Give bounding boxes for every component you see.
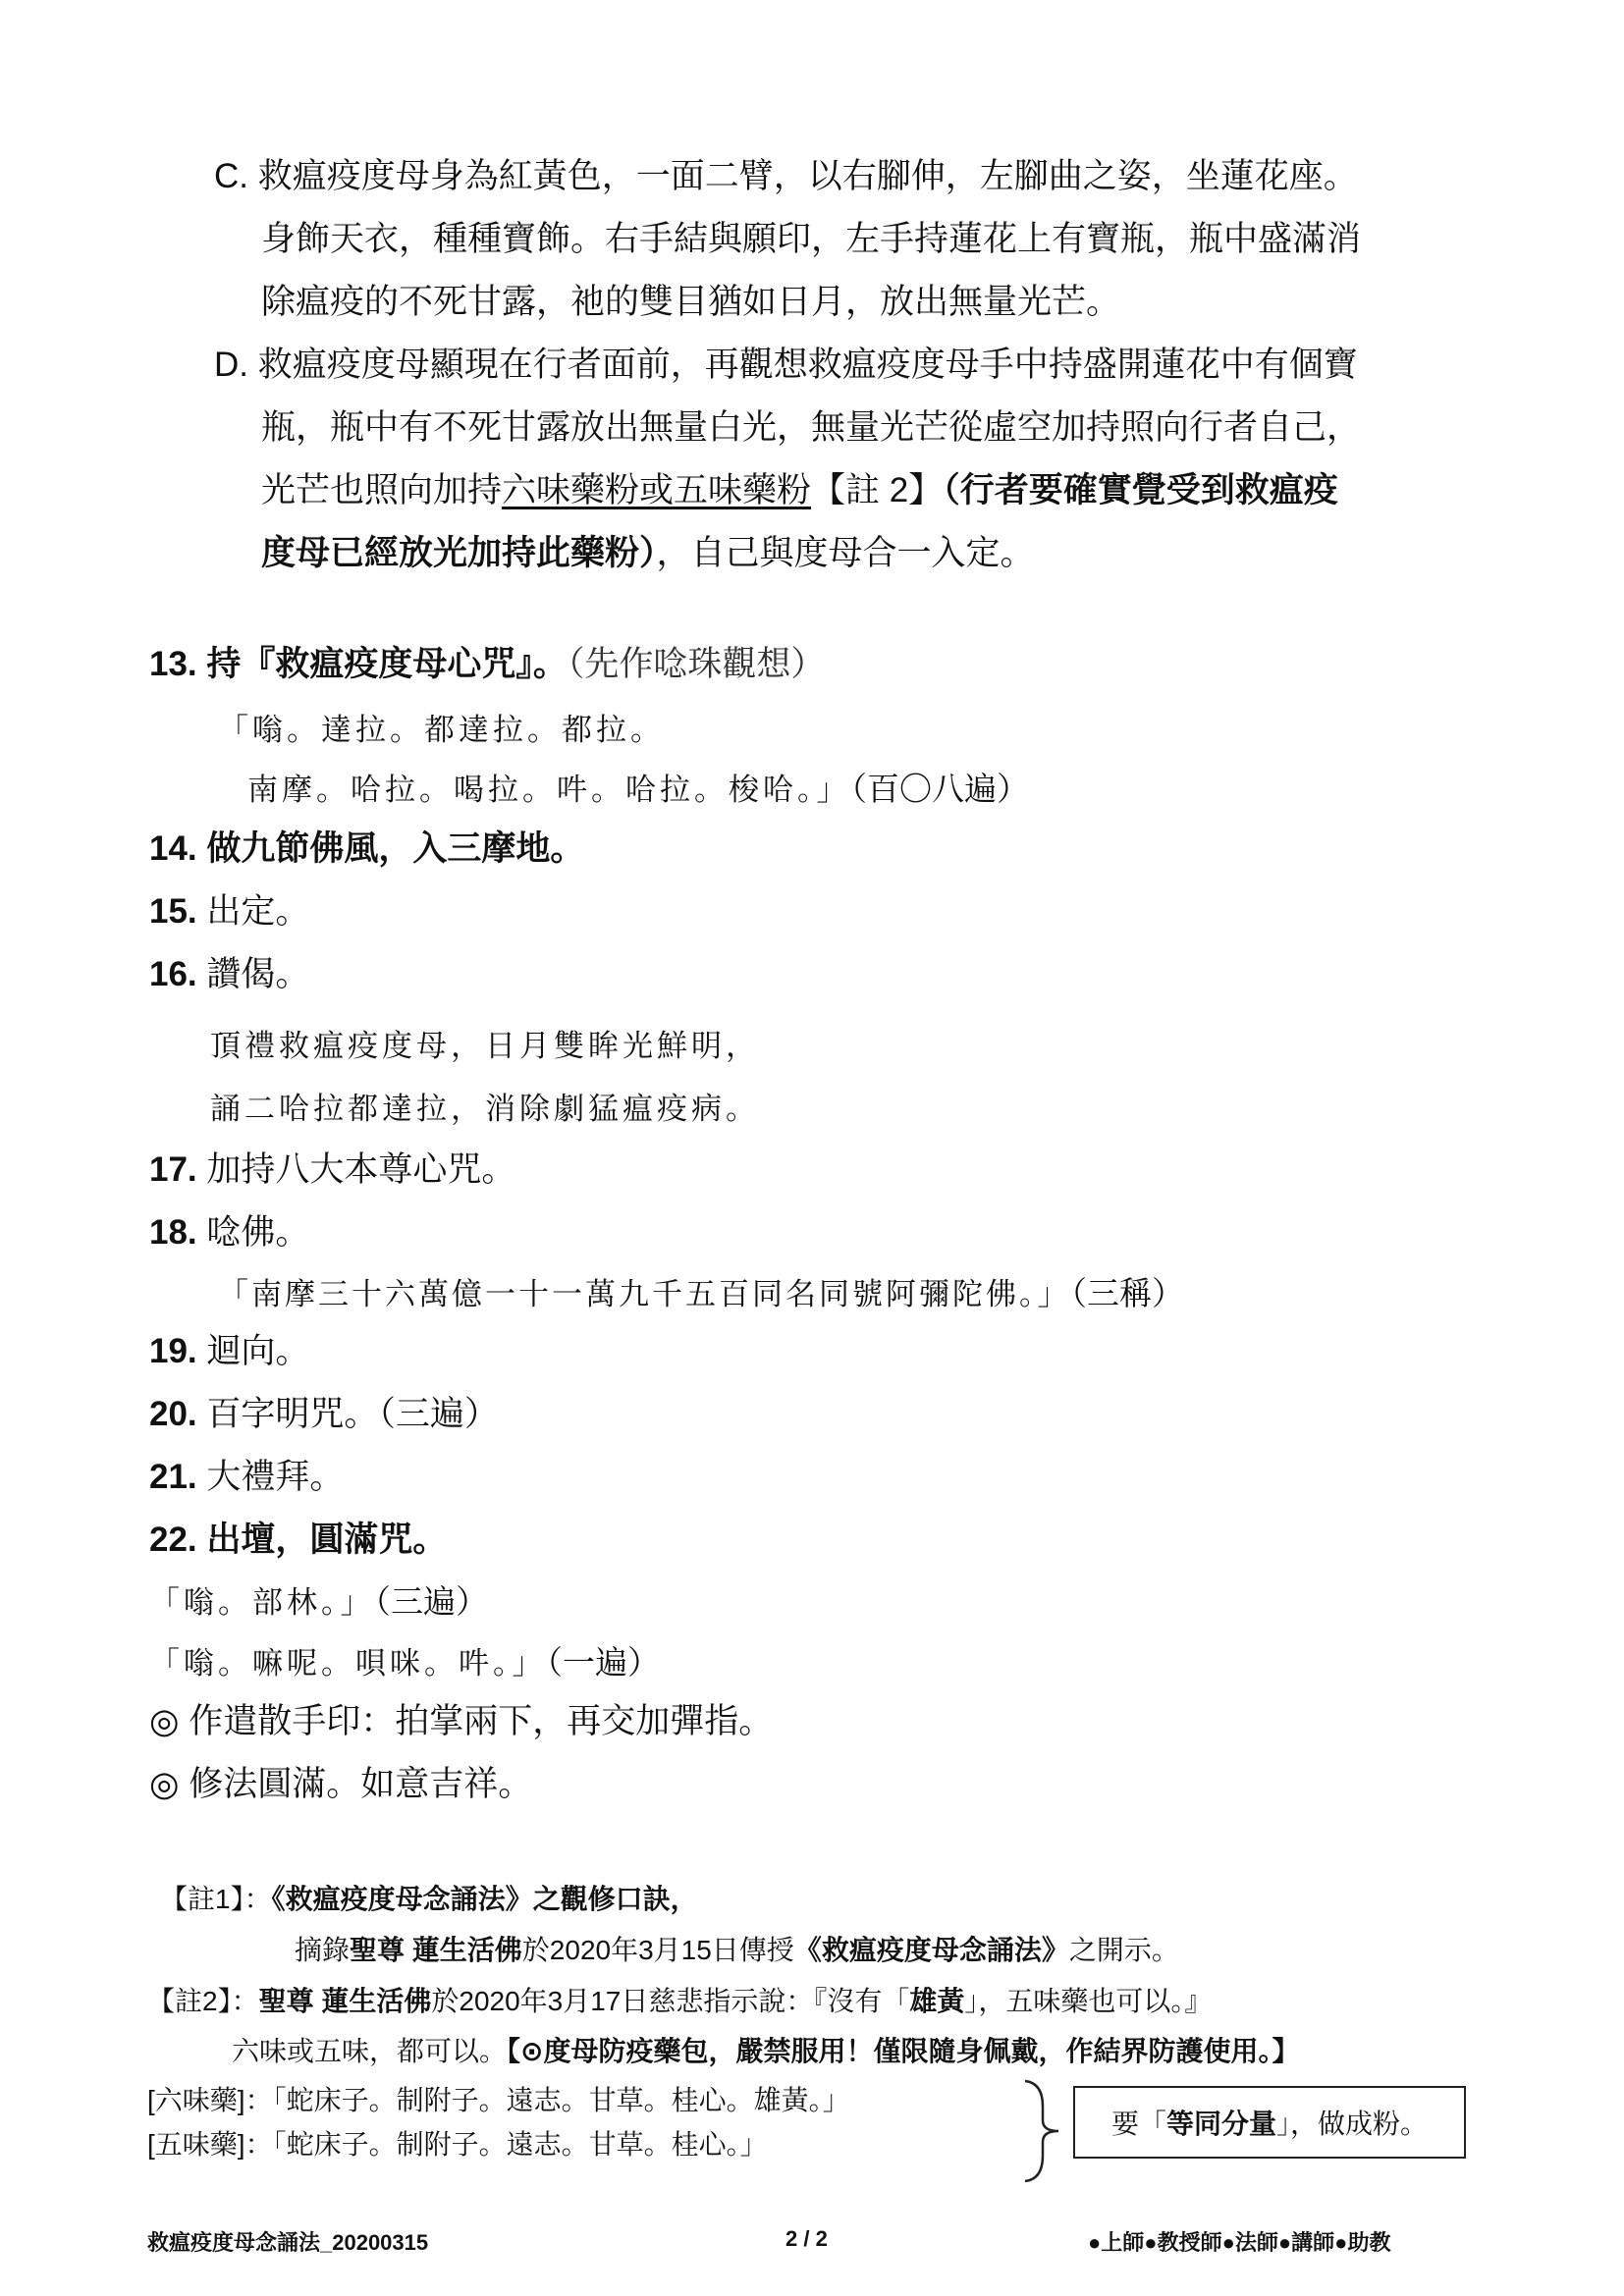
step-16: 16. 讚偈。 xyxy=(149,943,309,1006)
footer-roles: ●上師●教授師●法師●講師●助教 xyxy=(1088,2226,1390,2257)
closing-mantra-2: 「嗡。嘛呢。唄咪。吽。」（一遍） xyxy=(149,1637,660,1683)
final-item-1: ◎ 作遣散手印：拍掌兩下，再交加彈指。 xyxy=(149,1690,773,1753)
step-19: 19. 迴向。 xyxy=(149,1320,309,1383)
step-22: 22. 出壇，圓滿咒。 xyxy=(149,1509,447,1572)
note-2-line-1: 【註2】：聖尊 蓮生活佛於2020年3月17日慈悲指示說：『沒有「雄黃」，五味藥… xyxy=(147,1980,1212,2019)
buddha-18-line: 「南摩三十六萬億一十一萬九千五百同名同號阿彌陀佛。」（三稱） xyxy=(218,1268,1184,1314)
note-2-label: 【註2】 xyxy=(147,1986,232,2016)
section-c-line-2: 身飾天衣，種種寶飾。右手結與願印，左手持蓮花上有寶瓶，瓶中盛滿消 xyxy=(261,208,1361,271)
footer-doc-title: 救瘟疫度母念誦法_20200315 xyxy=(147,2226,428,2257)
equal-quantity-box: 要「等同分量」，做成粉。 xyxy=(1073,2086,1466,2159)
note-2-line-2: 六味或五味，都可以。【⊙度母防疫藥包，嚴禁服用！僅限隨身佩戴，作結界防護使用。】 xyxy=(232,2030,1299,2069)
six-herb-formula: [六味藥]：「蛇床子。制附子。遠志。甘草。桂心。雄黃。」 xyxy=(147,2079,850,2118)
double-circle-icon: ◎ xyxy=(149,1702,180,1740)
step-20: 20. 百字明咒。（三遍） xyxy=(149,1383,499,1446)
section-d-line-2: 瓶，瓶中有不死甘露放出無量白光，無量光芒從虛空加持照向行者自己， xyxy=(261,397,1361,459)
step-14: 14. 做九節佛風，入三摩地。 xyxy=(149,818,584,881)
section-d-marker: D. xyxy=(214,346,248,384)
verse-16-line-2: 誦二哈拉都達拉，消除劇猛瘟疫病。 xyxy=(210,1084,760,1128)
right-brace-icon xyxy=(1021,2077,1070,2185)
double-circle-icon: ◎ xyxy=(149,1765,180,1803)
final-item-2: ◎ 修法圓滿。如意吉祥。 xyxy=(149,1753,532,1816)
note-2-ref: 【註 2】 xyxy=(811,471,943,509)
medicine-powder-underlined: 六味藥粉或五味藥粉 xyxy=(502,471,811,509)
document-page: C. 救瘟疫度母身為紅黃色，一面二臂，以右腳伸，左腳曲之姿，坐蓮花座。 身飾天衣… xyxy=(0,0,1624,2296)
warning-text: 【⊙度母防疫藥包，嚴禁服用！僅限隨身佩戴，作結界防護使用。】 xyxy=(507,2036,1299,2066)
section-d-line-4: 度母已經放光加持此藥粉），自己與度母合一入定。 xyxy=(261,522,1035,585)
step-13: 13. 持『救瘟疫度母心咒』。（先作唸珠觀想） xyxy=(149,633,825,696)
mantra-13-line-1: 「嗡。達拉。都達拉。都拉。 xyxy=(218,705,665,749)
section-c-line-1: C. 救瘟疫度母身為紅黃色，一面二臂，以右腳伸，左腳曲之姿，坐蓮花座。 xyxy=(214,145,1358,208)
mantra-13-line-2: 南摩。哈拉。喝拉。吽。哈拉。梭哈。」（百〇八遍） xyxy=(247,764,1029,810)
step-21: 21. 大禮拜。 xyxy=(149,1446,344,1509)
section-d-line-1: D. 救瘟疫度母顯現在行者面前，再觀想救瘟疫度母手中持盛開蓮花中有個寶 xyxy=(214,334,1358,397)
step-15: 15. 出定。 xyxy=(149,881,309,943)
section-c-marker: C. xyxy=(214,157,248,195)
footer-page-number: 2 / 2 xyxy=(785,2226,828,2252)
note-1-line-2: 摘錄聖尊 蓮生活佛於2020年3月15日傳授《救瘟疫度母念誦法》之開示。 xyxy=(295,1929,1179,1968)
section-c-line-3: 除瘟疫的不死甘露，祂的雙目猶如日月，放出無量光芒。 xyxy=(261,271,1120,334)
closing-mantra-1: 「嗡。部林。」（三遍） xyxy=(149,1576,488,1623)
step-18: 18. 唸佛。 xyxy=(149,1201,309,1264)
step-17: 17. 加持八大本尊心咒。 xyxy=(149,1139,515,1201)
note-1-line-1: 【註1】：《救瘟疫度母念誦法》之觀修口訣， xyxy=(160,1878,698,1917)
section-d-line-3: 光芒也照向加持六味藥粉或五味藥粉【註 2】（行者要確實覺受到救瘟疫 xyxy=(261,459,1338,522)
note-1-label: 【註1】 xyxy=(160,1884,244,1914)
five-herb-formula: [五味藥]：「蛇床子。制附子。遠志。甘草。桂心。」 xyxy=(147,2123,768,2163)
verse-16-line-1: 頂禮救瘟疫度母，日月雙眸光鮮明， xyxy=(210,1021,760,1065)
